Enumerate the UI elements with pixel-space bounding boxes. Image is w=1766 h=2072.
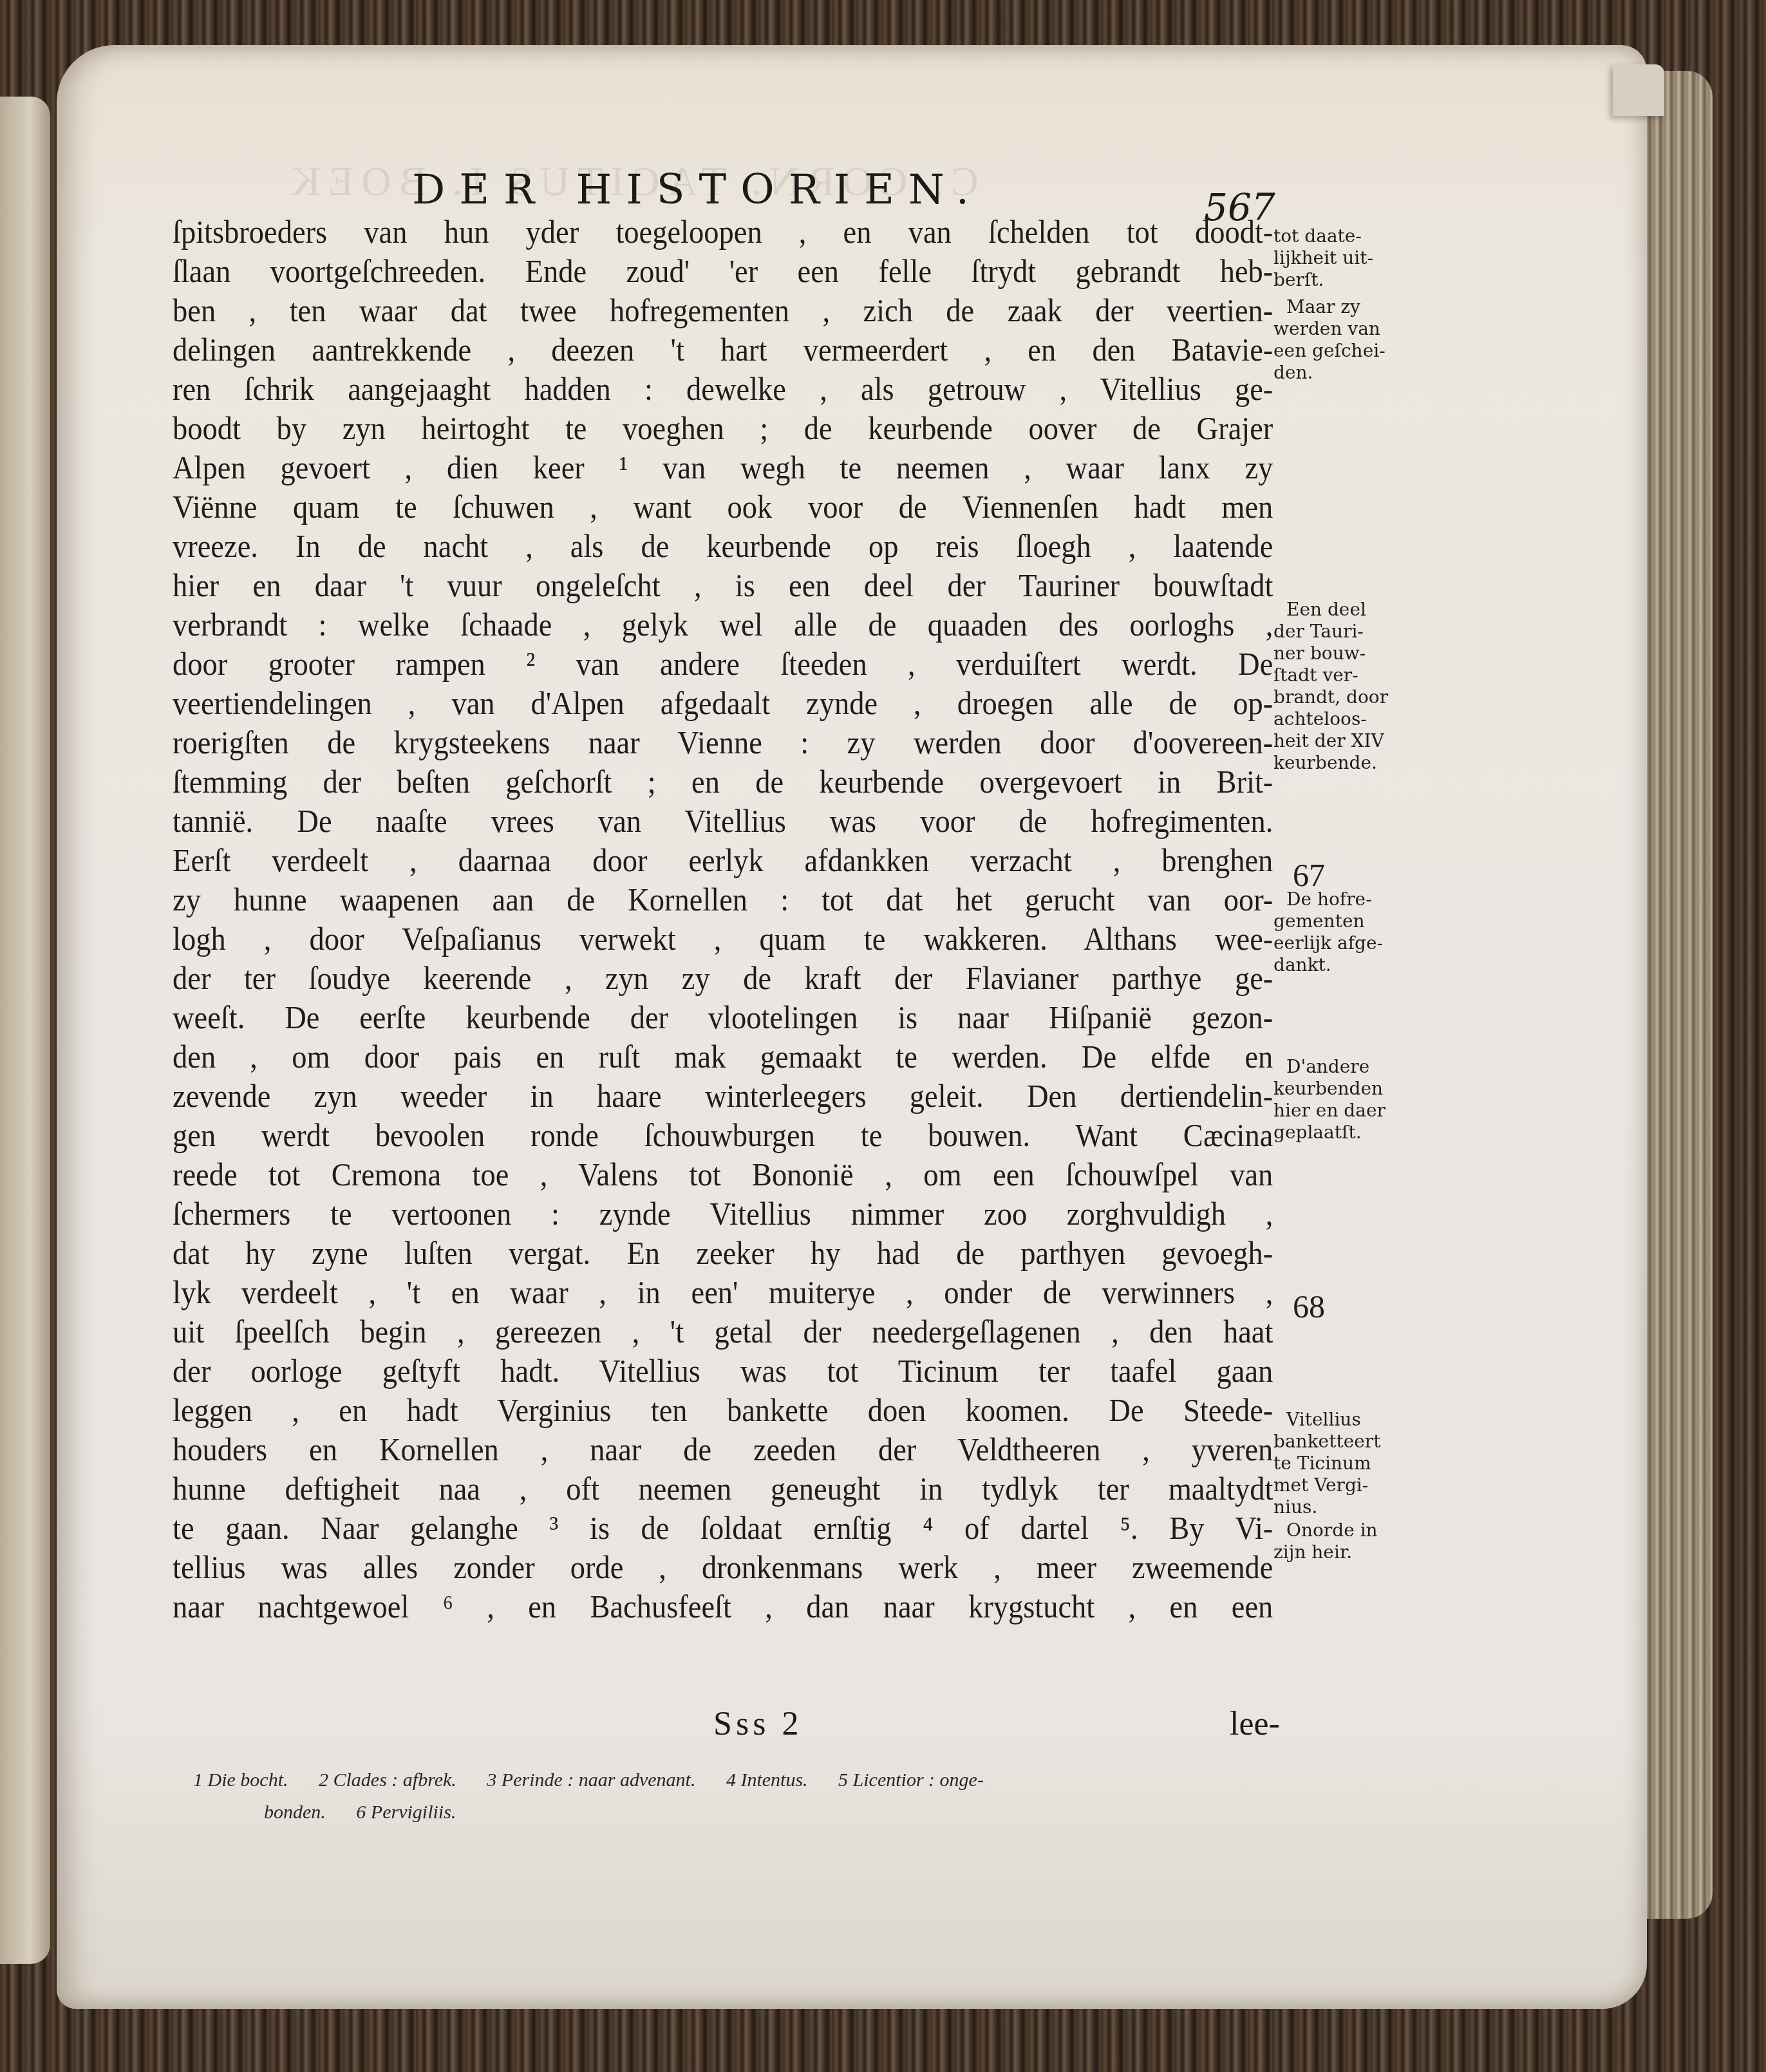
text-line: veertiendelingen , van d'Alpen afgedaalt… bbox=[173, 684, 1273, 723]
text-line: tannië. De naaſte vrees van Vitellius wa… bbox=[173, 802, 1273, 841]
margin-note-line: tot daate- bbox=[1273, 225, 1373, 247]
footnote: bonden. bbox=[264, 1802, 326, 1823]
footnote-line: 1 Die bocht. 2 Clades : afbrek. 3 Perind… bbox=[193, 1764, 1275, 1796]
margin-note: De hofre- gementen eerlijk afge- dankt. bbox=[1273, 889, 1383, 976]
footnote: 3 Perinde : naar advenant. bbox=[487, 1769, 695, 1791]
margin-note: Maar zy werden van een geſchei- den. bbox=[1273, 296, 1386, 384]
margin-note-line: een geſchei- bbox=[1273, 340, 1386, 362]
footnote: 4 Intentus. bbox=[726, 1769, 808, 1791]
margin-note: D'andere keurbenden hier en daer geplaat… bbox=[1273, 1056, 1386, 1144]
chapter-number: 68 bbox=[1293, 1288, 1325, 1325]
margin-note-line: heit der XIV bbox=[1273, 730, 1388, 752]
text-line: weeſt. De eerſte keurbende der vlootelin… bbox=[173, 998, 1273, 1037]
margin-note-line: te Ticinum bbox=[1273, 1453, 1380, 1474]
margin-note-line: dankt. bbox=[1273, 954, 1383, 976]
margin-note-line: zijn heir. bbox=[1273, 1541, 1378, 1563]
facing-page-edge bbox=[0, 97, 50, 1964]
catchword: lee- bbox=[1230, 1705, 1280, 1743]
text-line: den , om door pais en ruſt mak gemaakt t… bbox=[173, 1037, 1273, 1077]
text-line: vreeze. In de nacht , als de keurbende o… bbox=[173, 527, 1273, 566]
text-line: der oorloge geſtyft hadt. Vitellius was … bbox=[173, 1352, 1273, 1391]
text-line: dat hy zyne luſten vergat. En zeeker hy … bbox=[173, 1234, 1273, 1273]
margin-note-line: ner bouw- bbox=[1273, 643, 1388, 664]
text-line: zy hunne waapenen aan de Kornellen : tot… bbox=[173, 880, 1273, 919]
text-line: verbrandt : welke ſchaade , gelyk wel al… bbox=[173, 605, 1273, 645]
margin-note-line: De hofre- bbox=[1273, 889, 1383, 910]
footnote-line: bonden. 6 Pervigiliis. bbox=[193, 1796, 1275, 1829]
margin-note: Een deel der Tauri- ner bouw- ſtadt ver-… bbox=[1273, 599, 1388, 774]
margin-note-line: D'andere bbox=[1273, 1056, 1386, 1078]
footnote: 2 Clades : afbrek. bbox=[319, 1769, 456, 1791]
text-line: Alpen gevoert , dien keer ¹ van wegh te … bbox=[173, 448, 1273, 487]
text-line: boodt by zyn heirtoght te voeghen ; de k… bbox=[173, 409, 1273, 448]
text-line: hier en daar 't vuur ongeleſcht , is een… bbox=[173, 566, 1273, 605]
text-line: houders en Kornellen , naar de zeeden de… bbox=[173, 1430, 1273, 1469]
text-line: logh , door Veſpaſianus verwekt , quam t… bbox=[173, 919, 1273, 959]
text-line: lyk verdeelt , 't en waar , in een' muit… bbox=[173, 1273, 1273, 1312]
margin-note-line: achteloos- bbox=[1273, 708, 1388, 730]
text-line: gen werdt bevoolen ronde ſchouwburgen te… bbox=[173, 1116, 1273, 1155]
text-line: ſlaan voortgeſchreeden. Ende zoud' 'er e… bbox=[173, 252, 1273, 291]
footnote: 1 Die bocht. bbox=[193, 1769, 288, 1791]
text-line: Eerſt verdeelt , daarnaa door eerlyk afd… bbox=[173, 841, 1273, 880]
text-line: ſtemming der beſten geſchorſt ; en de ke… bbox=[173, 762, 1273, 802]
text-line: roerigſten de krygsteekens naar Vienne :… bbox=[173, 723, 1273, 762]
text-line: ſchermers te vertoonen : zynde Vitellius… bbox=[173, 1194, 1273, 1234]
margin-note-line: Een deel bbox=[1273, 599, 1388, 621]
text-line: hunne deftigheit naa , oft neemen geneug… bbox=[173, 1469, 1273, 1509]
margin-note-line: hier en daer bbox=[1273, 1100, 1386, 1122]
text-line: te gaan. Naar gelanghe ³ is de ſoldaat e… bbox=[173, 1509, 1273, 1548]
dog-eared-corner bbox=[1613, 64, 1664, 116]
text-line: der ter ſoudye keerende , zyn zy de kraf… bbox=[173, 959, 1273, 998]
margin-note-line: keurbende. bbox=[1273, 752, 1388, 774]
margin-note: Onorde in zijn heir. bbox=[1273, 1520, 1378, 1563]
text-line: leggen , en hadt Verginius ten bankette … bbox=[173, 1391, 1273, 1430]
text-line: ren ſchrik aangejaaght hadden : dewelke … bbox=[173, 370, 1273, 409]
signature-mark: Sss 2 bbox=[713, 1705, 802, 1743]
main-text-block: ſpitsbroeders van hun yder toegeloopen ,… bbox=[173, 212, 1273, 1626]
margin-note-line: ſtadt ver- bbox=[1273, 664, 1388, 686]
margin-note-line: geplaatſt. bbox=[1273, 1122, 1386, 1144]
running-title: DER HISTORIEN. bbox=[412, 166, 983, 214]
text-line: naar nachtgewoel ⁶ , en Bachusfeeſt , da… bbox=[173, 1587, 1273, 1626]
margin-note-line: keurbenden bbox=[1273, 1078, 1386, 1100]
margin-note-line: gementen bbox=[1273, 910, 1383, 932]
text-line: zevende zyn weeder in haare winterleeger… bbox=[173, 1077, 1273, 1116]
margin-note-line: Vitellius bbox=[1273, 1409, 1380, 1431]
text-line: reede tot Cremona toe , Valens tot Bonon… bbox=[173, 1155, 1273, 1194]
margin-note-line: nius. bbox=[1273, 1496, 1380, 1518]
margin-note-line: met Vergi- bbox=[1273, 1474, 1380, 1496]
margin-note-line: werden van bbox=[1273, 318, 1386, 340]
margin-note: tot daate- lijkheit uit- berſt. bbox=[1273, 225, 1373, 291]
footnotes: 1 Die bocht. 2 Clades : afbrek. 3 Perind… bbox=[193, 1764, 1275, 1829]
margin-note-line: der Tauri- bbox=[1273, 621, 1388, 643]
footnote: 6 Pervigiliis. bbox=[356, 1802, 456, 1823]
text-line: delingen aantrekkende , deezen 't hart v… bbox=[173, 330, 1273, 370]
text-line: tellius was alles zonder orde , dronkenm… bbox=[173, 1548, 1273, 1587]
margin-note-line: banketteert bbox=[1273, 1431, 1380, 1453]
footnote: 5 Licentior : onge- bbox=[838, 1769, 984, 1791]
text-line: uit ſpeelſch begin , gereezen , 't getal… bbox=[173, 1312, 1273, 1352]
text-line: ben , ten waar dat twee hofregementen , … bbox=[173, 291, 1273, 330]
margin-note-line: lijkheit uit- bbox=[1273, 247, 1373, 269]
text-line: door grooter rampen ² van andere ſteeden… bbox=[173, 645, 1273, 684]
margin-note: Vitellius banketteert te Ticinum met Ver… bbox=[1273, 1409, 1380, 1518]
text-line: Viënne quam te ſchuwen , want ook voor d… bbox=[173, 487, 1273, 527]
margin-note-line: brandt, door bbox=[1273, 686, 1388, 708]
margin-note-line: den. bbox=[1273, 362, 1386, 384]
margin-note-line: Maar zy bbox=[1273, 296, 1386, 318]
margin-note-line: Onorde in bbox=[1273, 1520, 1378, 1541]
margin-note-line: eerlijk afge- bbox=[1273, 932, 1383, 954]
margin-note-line: berſt. bbox=[1273, 269, 1373, 291]
text-line: ſpitsbroeders van hun yder toegeloopen ,… bbox=[173, 212, 1273, 252]
